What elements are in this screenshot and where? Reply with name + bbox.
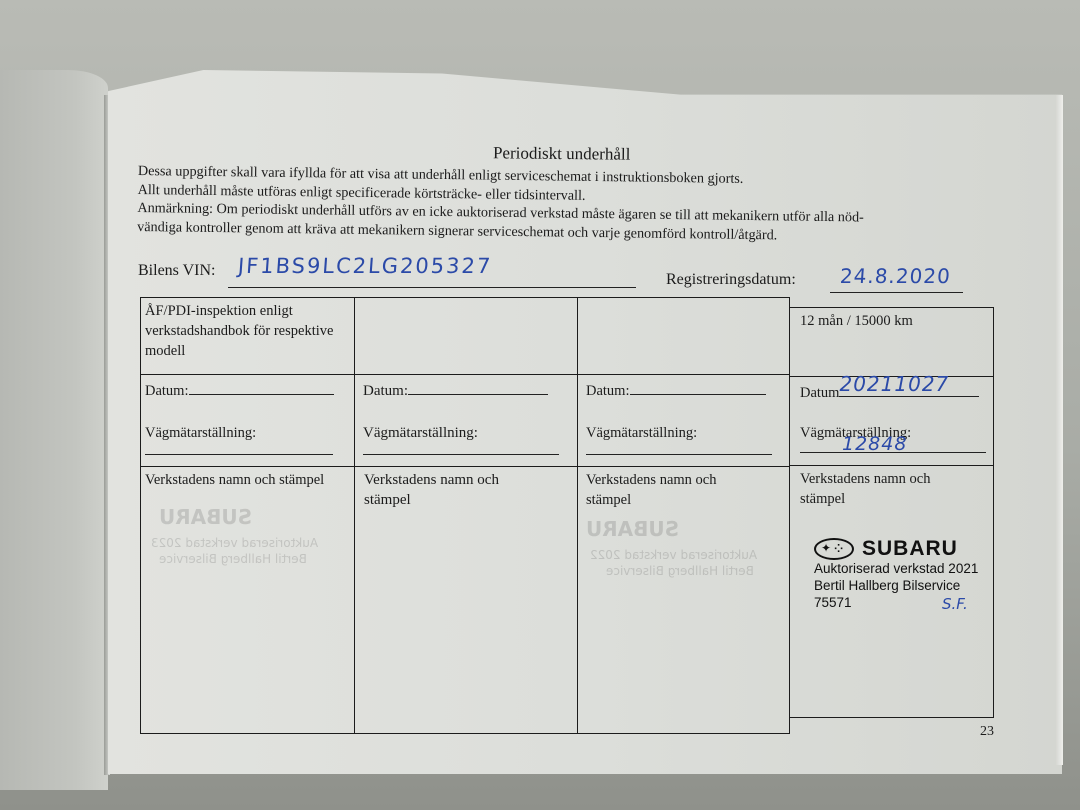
workshop-cell-2: Verkstadens namn och stämpel [354, 466, 578, 734]
odometer-field[interactable] [586, 442, 772, 455]
stamp-brand: SUBARU [862, 539, 958, 559]
vin-field-line [228, 287, 636, 288]
date-label: Datum: [145, 383, 189, 399]
workshop-label: Verkstadens namn och stämpel [364, 470, 534, 510]
ghost-stamp: SUBARU [586, 519, 679, 539]
odometer-label: Vägmätarställning: [586, 423, 697, 443]
page-edge [1055, 95, 1063, 765]
date-label: Datum: [363, 383, 408, 399]
page-title: Periodiskt underhåll [493, 143, 631, 164]
header-cell-4: 12 mån / 15000 km [789, 307, 994, 377]
odometer-value: 12848 [842, 434, 907, 454]
stamp-line: Bertil Hallberg Bilservice [814, 577, 978, 594]
odometer-field[interactable] [363, 442, 559, 455]
workshop-cell-1: Verkstadens namn och stämpel SUBARU Aukt… [140, 466, 355, 734]
header-cell-2 [354, 297, 578, 375]
ghost-stamp: SUBARU [159, 507, 252, 527]
date-label: Datum: [586, 383, 630, 399]
ghost-stamp-line: Bertil Hallberg Bilservice [606, 561, 754, 581]
subaru-logo-icon [814, 538, 854, 560]
signature: S.F. [942, 594, 968, 614]
workshop-cell-3: Verkstadens namn och stämpel SUBARU Aukt… [577, 466, 790, 734]
workshop-cell-4: Verkstadens namn och stämpel SUBARU Aukt… [789, 465, 994, 718]
date-odometer-cell-2: Datum: Vägmätarställning: [354, 374, 578, 467]
date-odometer-cell-3: Datum: Vägmätarställning: [577, 374, 790, 467]
date-field[interactable] [408, 382, 548, 395]
odometer-label: Vägmätarställning: [363, 423, 478, 443]
header-cell-3 [577, 297, 790, 375]
service-grid: ÅF/PDI-inspektion enligt verkstadshandbo… [140, 297, 993, 717]
date-label: Datum [800, 385, 839, 401]
left-page [0, 70, 108, 790]
page-number: 23 [980, 724, 994, 740]
vin-label: Bilens VIN: [138, 262, 215, 280]
date-field[interactable] [630, 382, 766, 395]
odometer-field[interactable]: 12848 [800, 440, 986, 453]
workshop-label: Verkstadens namn och stämpel [800, 469, 960, 509]
intro-text: Dessa uppgifter skall vara ifyllda för a… [137, 162, 998, 247]
registration-date-label: Registreringsdatum: [666, 271, 796, 289]
date-odometer-cell-1: Datum: Vägmätarställning: [140, 374, 355, 467]
header-text: ÅF/PDI-inspektion enligt verkstadshandbo… [145, 303, 333, 359]
date-odometer-cell-4: Datum 20211027 Vägmätarställning: 12848 [789, 376, 994, 466]
ghost-stamp-line: Bertil Hallberg Bilservice [159, 549, 307, 569]
registration-date-field[interactable]: 24.8.2020 [839, 264, 951, 288]
header-cell-1: ÅF/PDI-inspektion enligt verkstadshandbo… [140, 297, 355, 375]
workshop-label: Verkstadens namn och stämpel [586, 470, 746, 510]
date-field[interactable] [189, 382, 334, 395]
odometer-label: Vägmätarställning: [145, 423, 256, 443]
date-value: 20211027 [839, 374, 949, 394]
odometer-field[interactable] [145, 442, 333, 455]
date-field[interactable]: 20211027 [839, 384, 979, 397]
registration-date-line [830, 292, 963, 293]
header-text: 12 mån / 15000 km [800, 313, 913, 329]
workshop-label: Verkstadens namn och stämpel [145, 472, 324, 488]
stamp-line: Auktoriserad verkstad 2021 [814, 560, 978, 577]
vin-field[interactable]: JF1BS9LC2LG205327 [237, 254, 493, 278]
